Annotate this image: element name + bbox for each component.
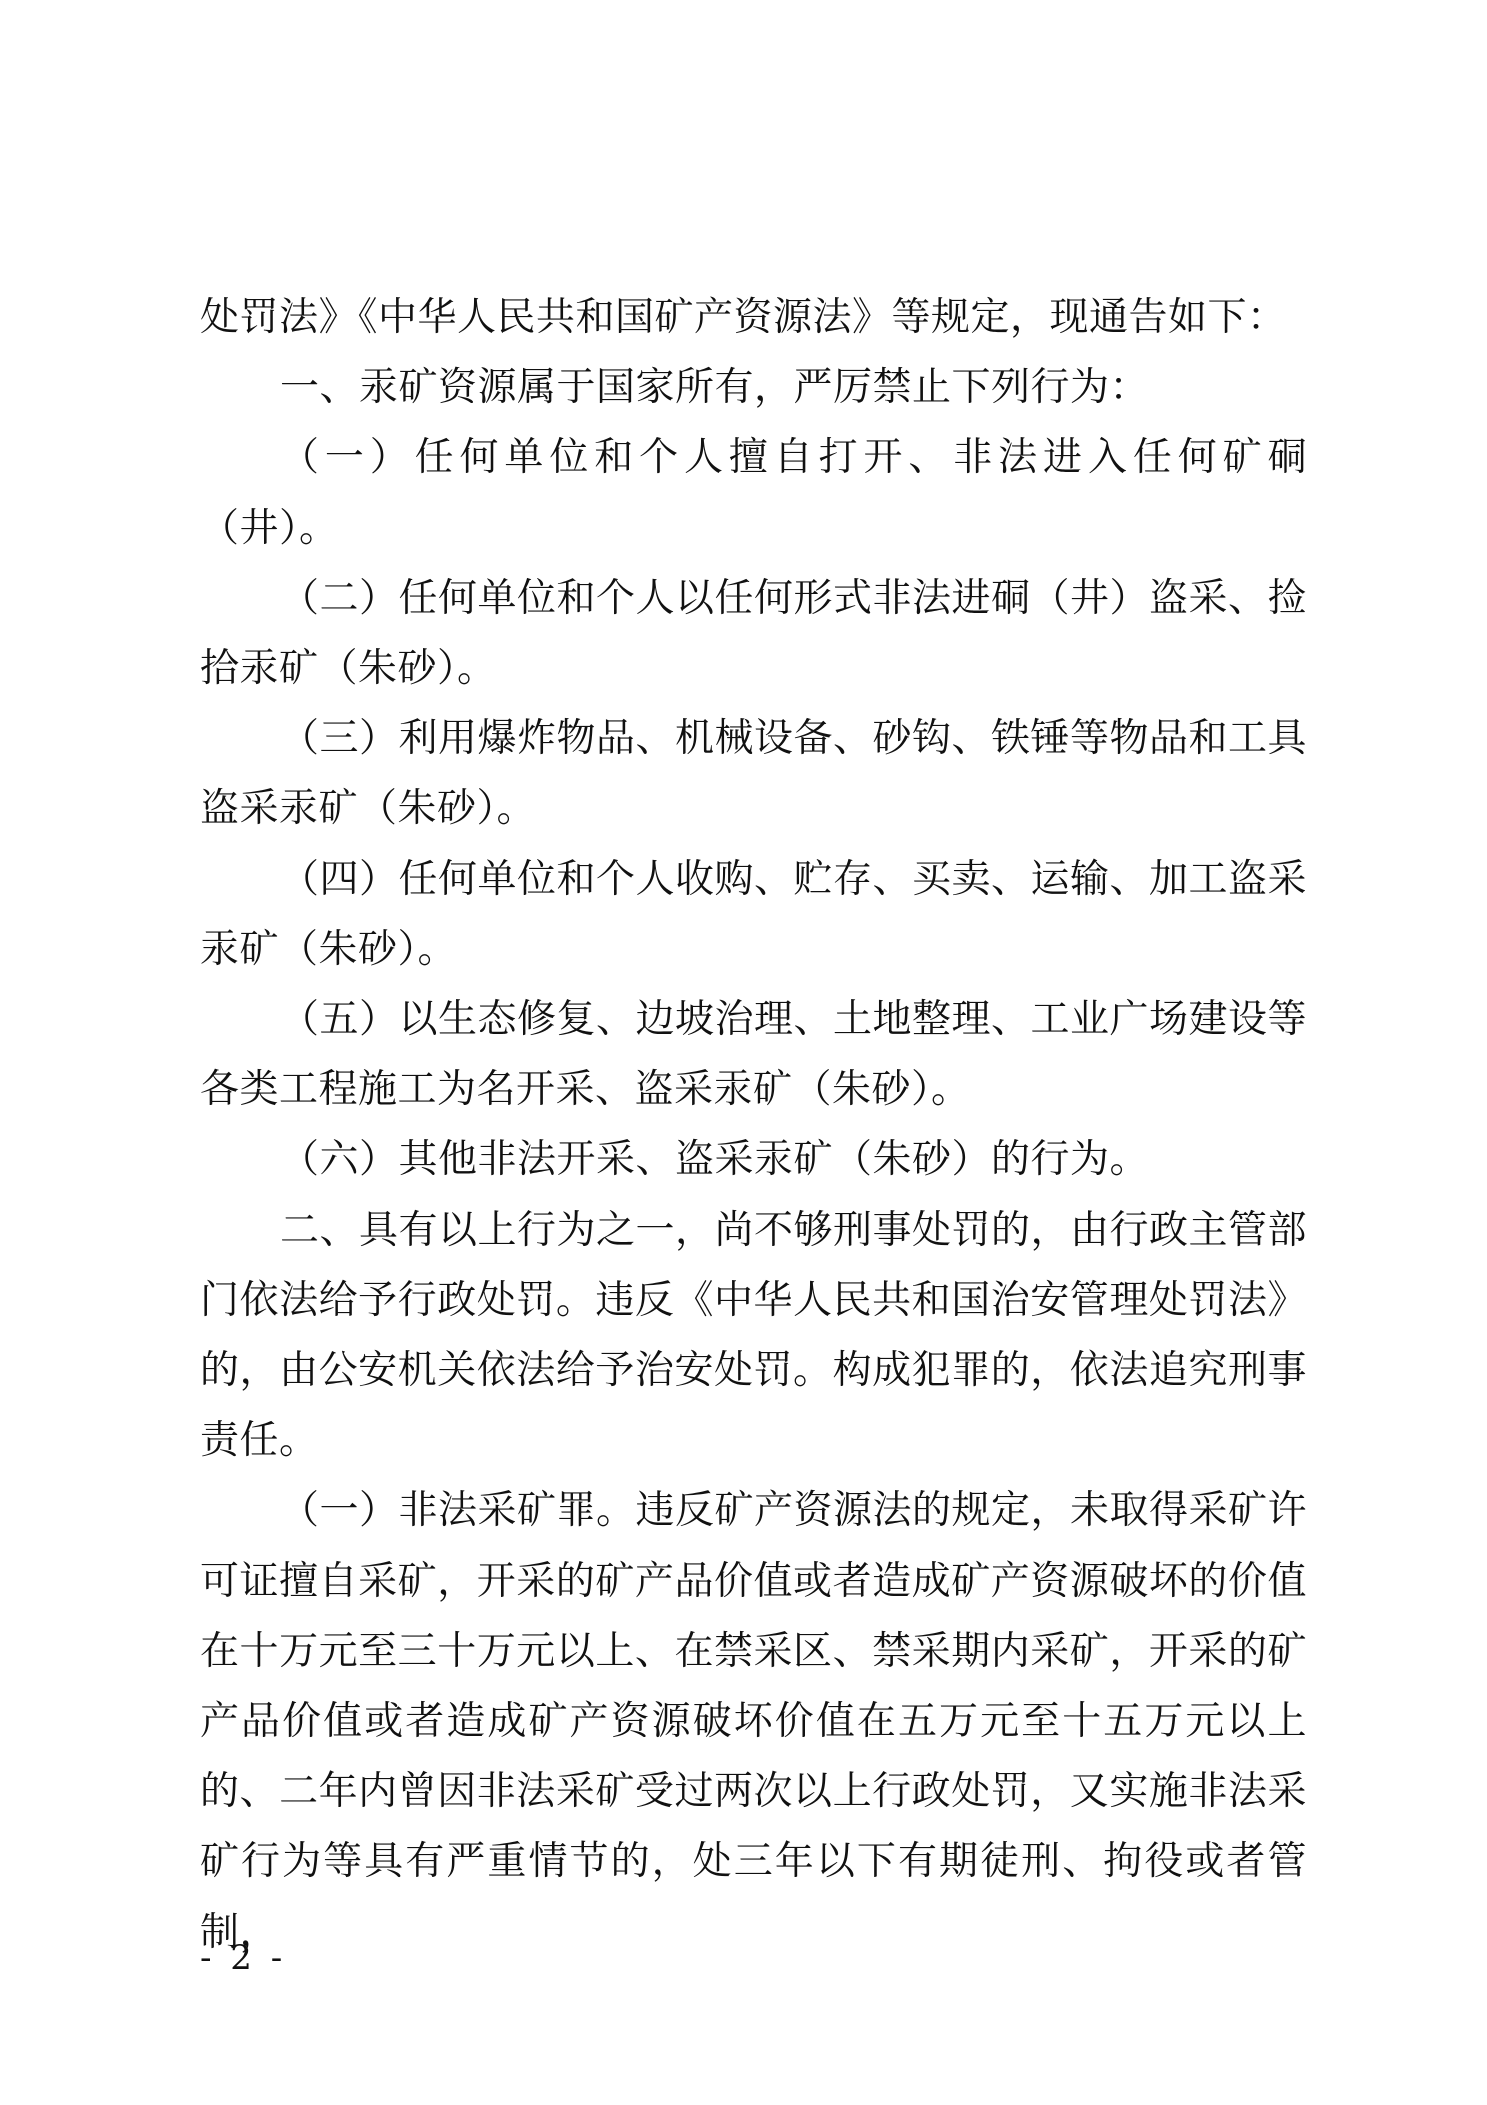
page-number: - 2 - [200, 1938, 286, 1978]
paragraph-illegal-mining-crime: （一）非法采矿罪。违反矿产资源法的规定，未取得采矿许可证擅自采矿，开采的矿产品价… [200, 1476, 1307, 1967]
paragraph-intro-continuation: 处罚法》《中华人民共和国矿产资源法》等规定，现通告如下： [200, 283, 1307, 353]
paragraph-item-5: （五）以生态修复、边坡治理、土地整理、工业广场建设等各类工程施工为名开采、盗采汞… [200, 985, 1307, 1125]
paragraph-item-1: （一）任何单位和个人擅自打开、非法进入任何矿硐（井）。 [200, 423, 1307, 563]
paragraph-item-2: （二）任何单位和个人以任何形式非法进硐（井）盗采、捡拾汞矿（朱砂）。 [200, 564, 1307, 704]
paragraph-item-6: （六）其他非法开采、盗采汞矿（朱砂）的行为。 [200, 1125, 1307, 1195]
paragraph-section-one-heading: 一、汞矿资源属于国家所有，严厉禁止下列行为： [200, 353, 1307, 423]
paragraph-item-3: （三）利用爆炸物品、机械设备、砂钩、铁锤等物品和工具盗采汞矿（朱砂）。 [200, 704, 1307, 844]
paragraph-section-two: 二、具有以上行为之一，尚不够刑事处罚的，由行政主管部门依法给予行政处罚。违反《中… [200, 1196, 1307, 1477]
paragraph-item-4: （四）任何单位和个人收购、贮存、买卖、运输、加工盗采汞矿（朱砂）。 [200, 845, 1307, 985]
document-body: 处罚法》《中华人民共和国矿产资源法》等规定，现通告如下： 一、汞矿资源属于国家所… [200, 283, 1307, 1968]
